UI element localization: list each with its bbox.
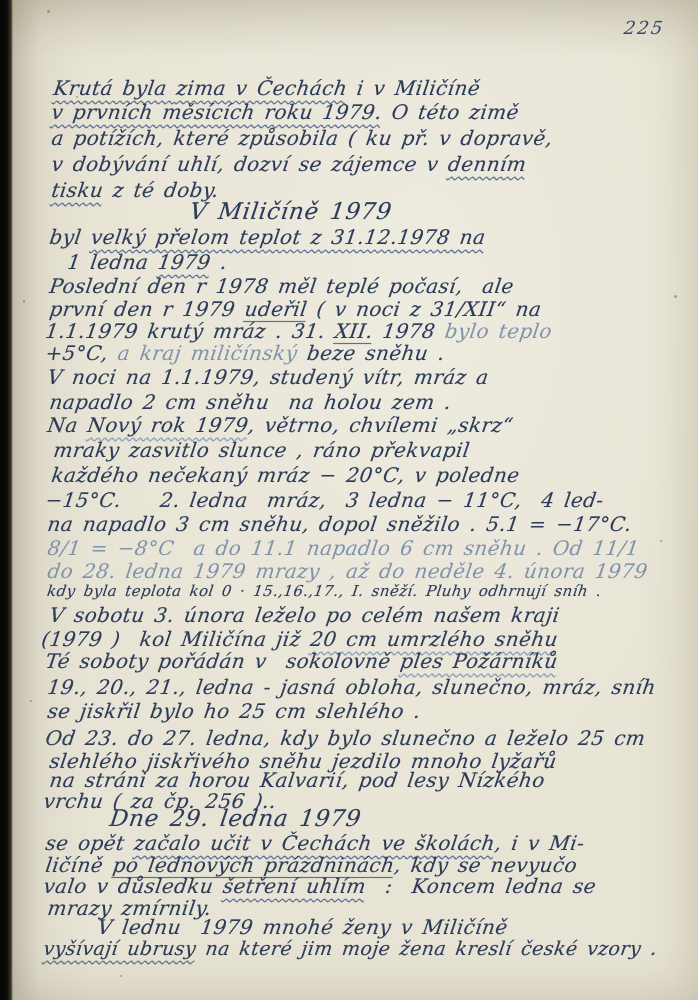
handwriting-line: se opět začalo učit v Čechách ve školách… — [44, 831, 586, 855]
handwriting-segment: V noci na 1.1.1979, studený vítr, mráz a — [46, 365, 490, 389]
handwriting-line: 1 ledna 1979 . — [66, 250, 229, 274]
handwriting-line: v prvních měsících roku 1979. O této zim… — [50, 100, 521, 124]
handwriting-segment: V sobotu 3. února leželo po celém našem … — [48, 603, 561, 627]
handwriting-segment: Poslední den r 1978 měl teplé počasí, al… — [48, 274, 516, 298]
paper-speck — [23, 300, 25, 303]
handwriting-segment: do 28. ledna 1979 mrazy , až do neděle 4… — [46, 559, 649, 583]
handwriting-line: V lednu 1979 mnohé ženy v Miličíně — [96, 915, 509, 939]
handwriting-segment: se jiskřil bylo ho 25 cm slehlého . — [46, 699, 422, 723]
handwriting-line: Krutá byla zima v Čechách i v Miličíně — [52, 76, 482, 100]
handwriting-line: +5°C, a kraj miličínský beze sněhu . — [44, 341, 447, 365]
handwriting-segment: 1.1.1979 krutý mráz . 31. — [44, 319, 337, 343]
section-heading: V Miličíně 1979 — [188, 199, 394, 225]
handwriting-segment: denním — [447, 152, 529, 176]
handwriting-line: mraky zasvitlo slunce , ráno překvapil — [52, 438, 471, 462]
handwriting-segment: se opět — [44, 831, 136, 855]
handwriting-line: Od 23. do 27. ledna, kdy bylo slunečno a… — [44, 726, 647, 750]
page-number: 225 — [622, 18, 665, 39]
handwriting-segment: vyšívají ubrusy — [42, 938, 198, 960]
handwriting-segment: 19., 20., 21., ledna - jasná obloha, slu… — [46, 675, 658, 699]
handwriting-segment: : Koncem ledna se — [364, 874, 598, 898]
handwriting-segment: Té soboty pořádán v sokolovně — [44, 649, 402, 673]
handwriting-segment: XII. — [333, 319, 374, 343]
handwriting-segment: Nový rok 1979 — [86, 413, 250, 437]
handwriting-segment: zima v Čechách — [175, 76, 349, 100]
paper-speck — [76, 96, 78, 98]
handwriting-segment: každého nečekaný mráz − 20°C, v poledne — [50, 463, 521, 487]
handwriting-line: byl velký přelom teplot z 31.12.1978 na — [48, 225, 487, 249]
handwriting-segment: bylo teplo — [443, 319, 553, 343]
handwriting-segment: , i v Mi- — [493, 831, 586, 855]
handwriting-line: vyšívají ubrusy na které jim moje žena k… — [42, 938, 658, 960]
handwriting-segment: 20 cm umrzlého sněhu — [309, 627, 560, 651]
handwriting-segment: na napadlo 3 cm sněhu, dopol sněžilo . 5… — [46, 512, 633, 536]
handwriting-segment: i v Miličíně — [346, 76, 482, 100]
handwriting-segment: mraky zasvitlo slunce , ráno překvapil — [52, 438, 471, 462]
paper-speck — [674, 295, 677, 298]
book-spine-edge — [0, 0, 13, 1000]
handwriting-segment: V lednu 1979 mnohé ženy v Miličíně — [96, 915, 509, 939]
section-heading: Dne 29. ledna 1979 — [108, 806, 363, 832]
handwriting-line: Té soboty pořádán v sokolovně ples Požár… — [44, 649, 559, 673]
handwriting-line: −15°C. 2. ledna mráz, 3 ledna − 11°C, 4 … — [44, 488, 605, 512]
handwriting-segment: na které jim moje žena kreslí české vzor… — [195, 938, 659, 960]
handwriting-line: V sobotu 3. února leželo po celém našem … — [48, 603, 561, 627]
handwriting-segment: 1979 — [156, 250, 212, 274]
handwriting-segment: byl — [48, 225, 93, 249]
manuscript-page: 225 Krutá byla zima v Čechách i v Miličí… — [0, 0, 698, 1000]
paper-speck — [120, 975, 122, 977]
handwriting-segment: a kraj miličínský — [116, 341, 309, 365]
handwriting-line: první den r 1979 udeřil ( v noci z 31/XI… — [48, 297, 543, 321]
paper-speck — [660, 540, 662, 542]
paper-speck — [47, 10, 50, 13]
handwriting-line: V noci na 1.1.1979, studený vítr, mráz a — [46, 365, 490, 389]
paper-speck — [30, 700, 32, 702]
handwriting-segment: , větrno, chvílemi „skrz“ — [247, 413, 515, 437]
handwriting-line: a potížích, které způsobila ( ku př. v d… — [50, 126, 554, 150]
handwriting-segment: začalo učit v Čechách ve školách — [133, 831, 497, 855]
handwriting-segment: Dne 29. ledna 1979 — [108, 806, 363, 832]
handwriting-line: každého nečekaný mráz − 20°C, v poledne — [50, 463, 521, 487]
handwriting-segment: valo v důsledku — [42, 874, 225, 898]
handwriting-line: 1.1.1979 krutý mráz . 31. XII. 1978 bylo… — [44, 319, 554, 343]
handwriting-line: valo v důsledku šetření uhlím : Koncem l… — [42, 874, 598, 898]
handwriting-segment: první den r 1979 — [48, 297, 247, 321]
handwriting-segment: . — [209, 250, 229, 274]
handwriting-segment: a potížích, které způsobila ( ku př. v d… — [50, 126, 554, 150]
handwriting-segment: V Miličíně 1979 — [188, 199, 394, 225]
handwriting-segment: O této zimě — [380, 100, 520, 124]
handwriting-segment: tisku — [50, 178, 105, 202]
handwriting-segment: ( v noci z 31/XII“ na — [305, 297, 543, 321]
handwriting-line: Na Nový rok 1979, větrno, chvílemi „skrz… — [46, 413, 515, 437]
handwriting-line: Poslední den r 1978 měl teplé počasí, al… — [48, 274, 516, 298]
handwriting-segment: ples Požárníků — [399, 649, 560, 673]
handwriting-segment: −15°C. 2. ledna mráz, 3 ledna − 11°C, 4 … — [44, 488, 605, 512]
handwriting-segment: (1979 ) kol Miličína již — [40, 627, 312, 651]
handwriting-segment: 1 ledna — [66, 250, 160, 274]
handwriting-segment: šetření uhlím — [221, 874, 367, 898]
handwriting-line: 8/1 = −8°C a do 11.1 napadlo 6 cm sněhu … — [46, 536, 641, 560]
handwriting-segment: v prvních měsících roku 1979. — [50, 100, 384, 124]
handwriting-segment: Od 23. do 27. ledna, kdy bylo slunečno a… — [44, 726, 647, 750]
handwriting-line: 19., 20., 21., ledna - jasná obloha, slu… — [46, 675, 658, 699]
handwriting-segment: velký přelom teplot z 31.12.1978 na — [89, 225, 487, 249]
handwriting-line: napadlo 2 cm sněhu na holou zem . — [48, 390, 453, 414]
handwriting-segment: v dobývání uhlí, dozví se zájemce v — [50, 152, 450, 176]
handwriting-segment: 8/1 = −8°C a do 11.1 napadlo 6 cm sněhu … — [46, 536, 641, 560]
handwriting-line: (1979 ) kol Miličína již 20 cm umrzlého … — [40, 627, 560, 651]
handwriting-segment: Krutá byla — [52, 76, 178, 100]
handwriting-segment: Na — [46, 413, 89, 437]
handwriting-line: kdy byla teplota kol 0 · 15.,16.,17., I.… — [46, 582, 603, 600]
handwriting-segment: beze sněhu . — [306, 341, 447, 365]
handwriting-segment: +5°C, — [44, 341, 120, 365]
paper-speck — [652, 952, 655, 955]
handwriting-segment: napadlo 2 cm sněhu na holou zem . — [48, 390, 453, 414]
handwriting-segment: udeřil — [243, 297, 309, 321]
handwriting-line: se jiskřil bylo ho 25 cm slehlého . — [46, 699, 422, 723]
handwriting-segment: kdy byla teplota kol 0 · 15.,16.,17., I.… — [46, 582, 603, 600]
handwriting-segment: 1978 — [371, 319, 446, 343]
handwriting-line: do 28. ledna 1979 mrazy , až do neděle 4… — [46, 559, 649, 583]
handwriting-line: v dobývání uhlí, dozví se zájemce v denn… — [50, 152, 528, 176]
handwriting-line: na napadlo 3 cm sněhu, dopol sněžilo . 5… — [46, 512, 633, 536]
